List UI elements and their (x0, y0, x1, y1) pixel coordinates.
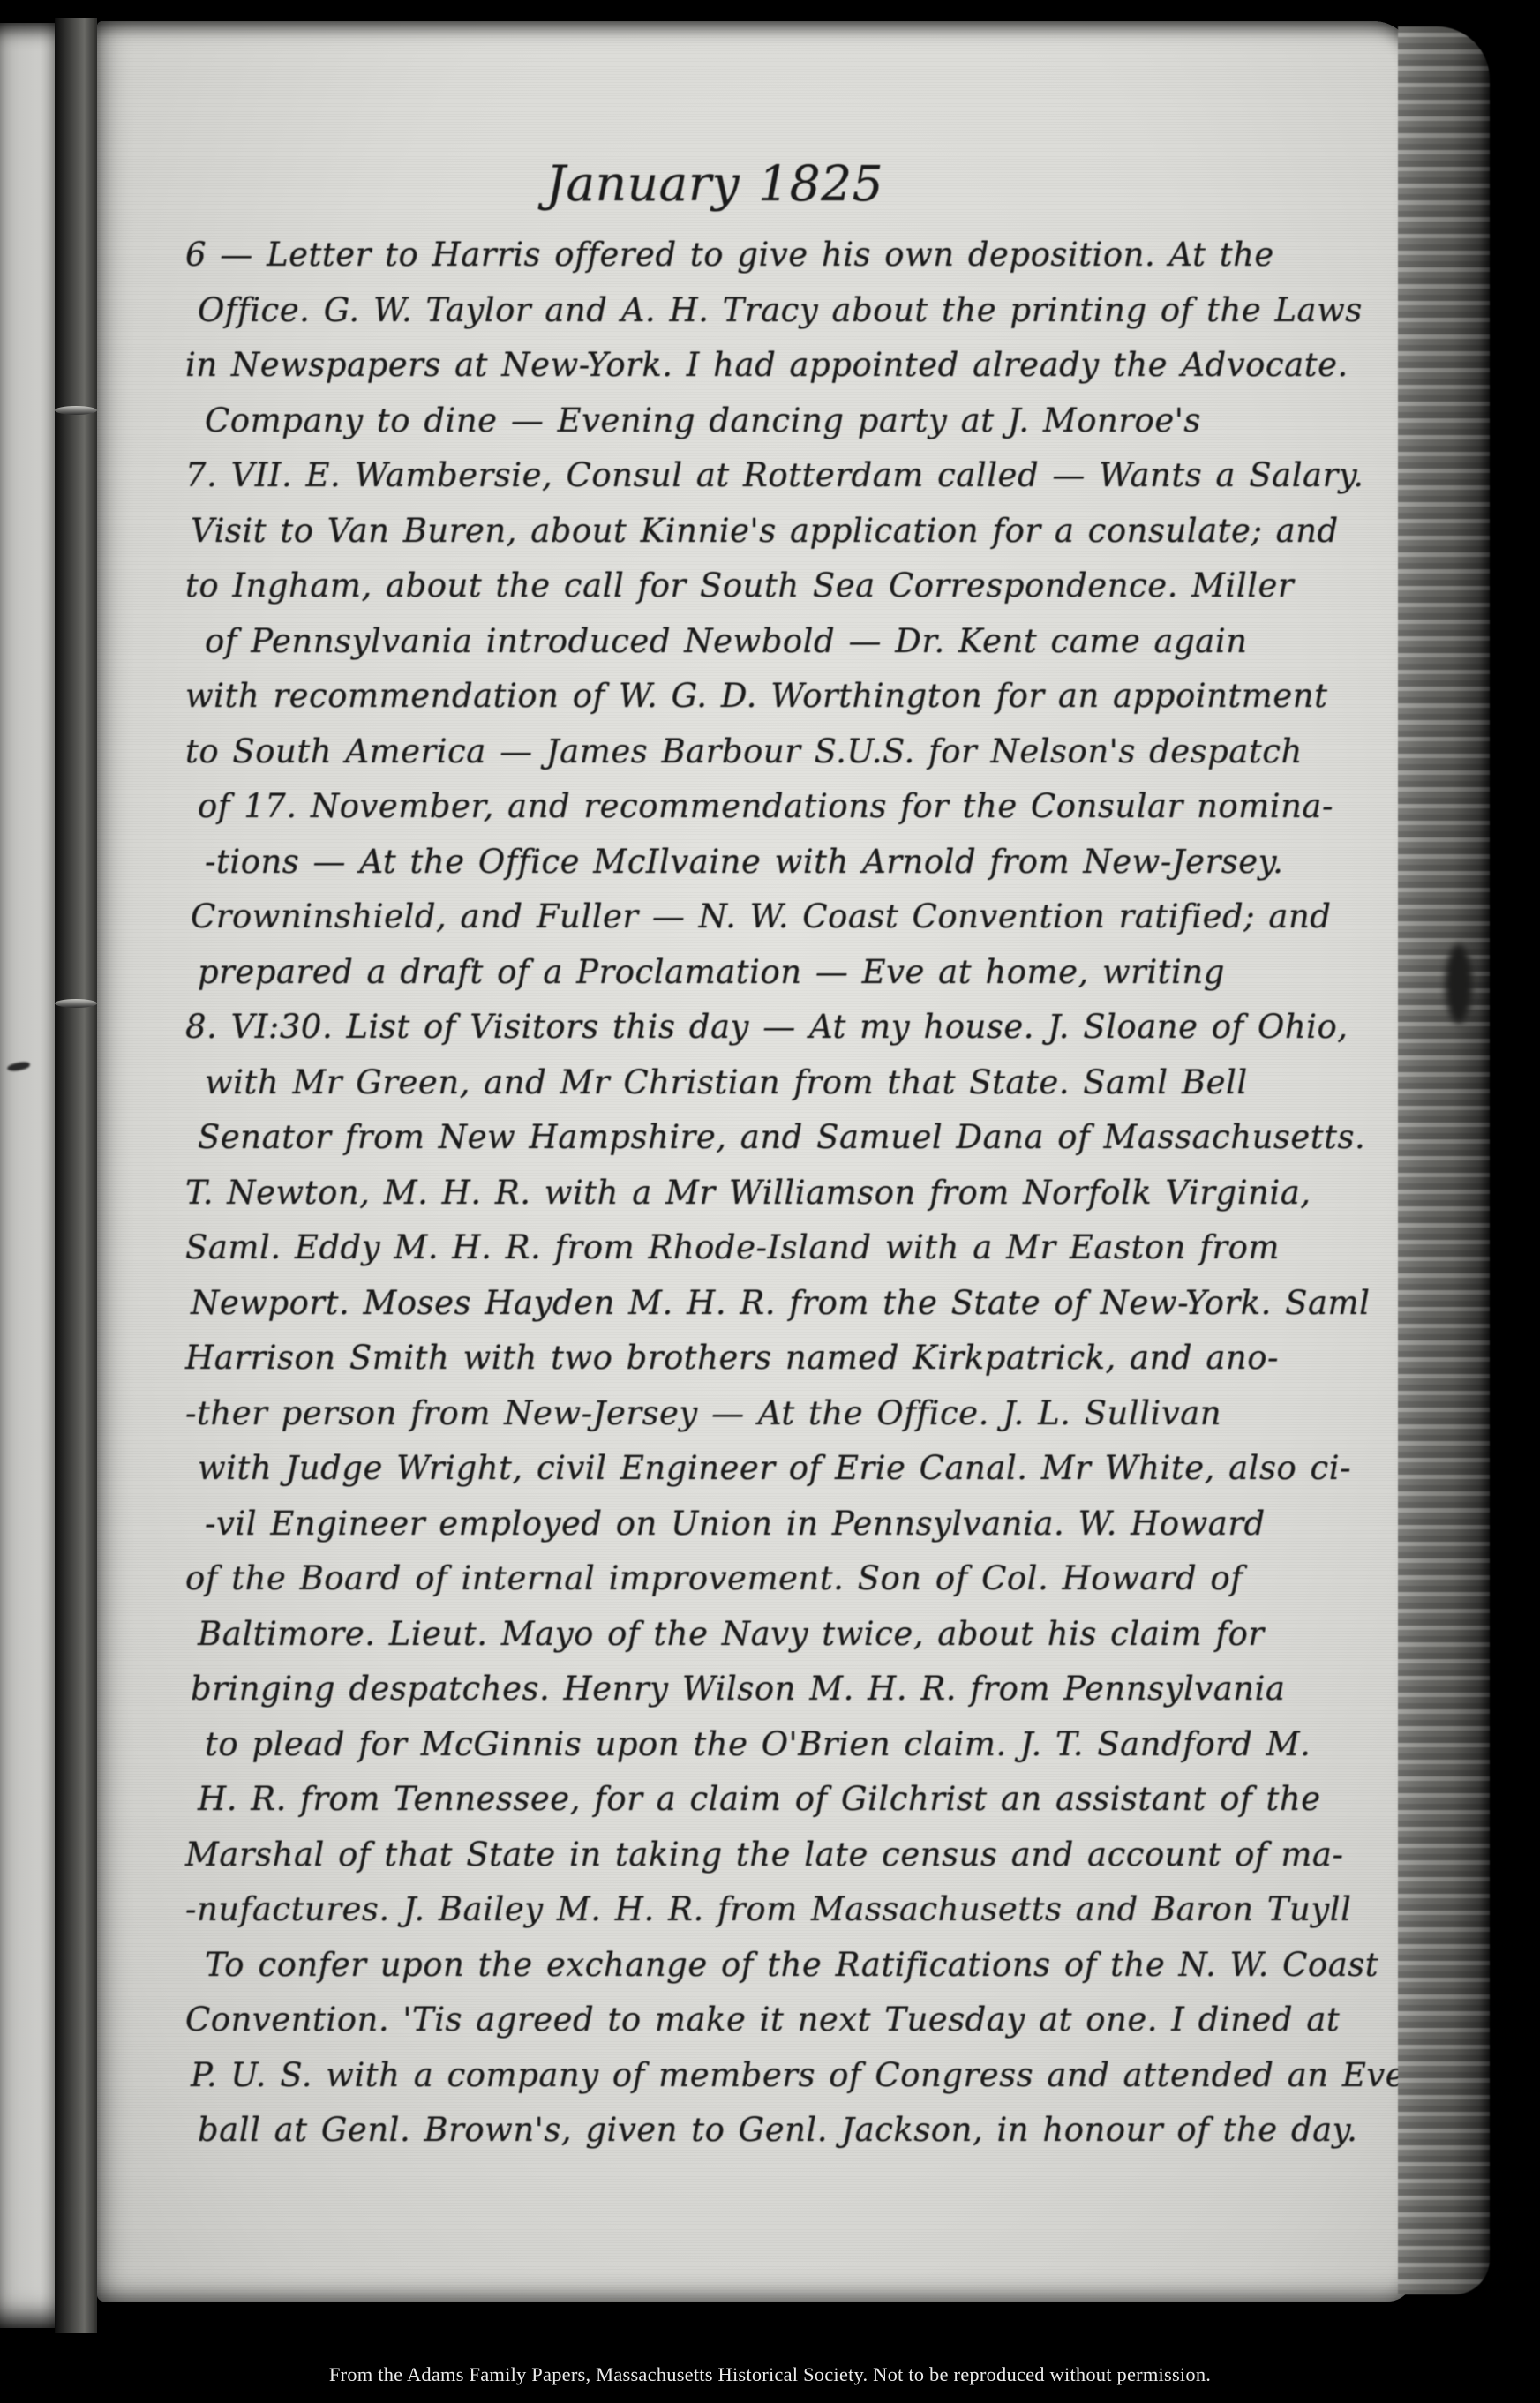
manuscript-line: bringing despatches. Henry Wilson M. H. … (191, 1662, 1368, 1717)
manuscript-line: T. Newton, M. H. R. with a Mr Williamson… (185, 1166, 1368, 1221)
manuscript-line: to Ingham, about the call for South Sea … (185, 559, 1368, 614)
manuscript-line: Saml. Eddy M. H. R. from Rhode-Island wi… (185, 1220, 1368, 1276)
manuscript-line: with Judge Wright, civil Engineer of Eri… (198, 1441, 1368, 1497)
manuscript-line: P. U. S. with a company of members of Co… (191, 2048, 1368, 2104)
manuscript-line: with Mr Green, and Mr Christian from tha… (205, 1055, 1368, 1111)
manuscript-line: Company to dine — Evening dancing party … (205, 394, 1368, 449)
manuscript-line: To confer upon the exchange of the Ratif… (205, 1938, 1368, 1994)
facing-page-ink-mark (7, 1061, 31, 1072)
manuscript-line: 6 — Letter to Harris offered to give his… (185, 228, 1368, 283)
manuscript-line: prepared a draft of a Proclamation — Eve… (198, 945, 1368, 1001)
manuscript-line: 7. VII. E. Wambersie, Consul at Rotterda… (185, 448, 1368, 504)
manuscript-line: 8. VI:30. List of Visitors this day — At… (185, 1000, 1368, 1055)
manuscript-line: -tions — At the Office McIlvaine with Ar… (205, 835, 1368, 890)
book-gutter (55, 18, 97, 2333)
manuscript-line: Newport. Moses Hayden M. H. R. from the … (191, 1276, 1368, 1332)
manuscript-line: Office. G. W. Taylor and A. H. Tracy abo… (198, 283, 1368, 339)
manuscript-line: ball at Genl. Brown's, given to Genl. Ja… (198, 2103, 1368, 2159)
handwritten-text-block: January 1825 6 — Letter to Harris offere… (185, 139, 1368, 2159)
manuscript-line: Harrison Smith with two brothers named K… (185, 1331, 1368, 1386)
manuscript-line: of the Board of internal improvement. So… (185, 1551, 1368, 1607)
manuscript-line: of 17. November, and recommendations for… (198, 779, 1368, 835)
manuscript-line: of Pennsylvania introduced Newbold — Dr.… (205, 614, 1368, 670)
photo-background: January 1825 6 — Letter to Harris offere… (0, 0, 1540, 2403)
manuscript-line: -vil Engineer employed on Union in Penns… (205, 1497, 1368, 1552)
archive-caption: From the Adams Family Papers, Massachuse… (0, 2363, 1540, 2393)
manuscript-line: Convention. 'Tis agreed to make it next … (185, 1993, 1368, 2048)
manuscript-line: Visit to Van Buren, about Kinnie's appli… (191, 504, 1368, 559)
manuscript-line: -nufactures. J. Bailey M. H. R. from Mas… (185, 1882, 1368, 1938)
manuscript-line: H. R. from Tennessee, for a claim of Gil… (198, 1772, 1368, 1828)
facing-page-edge (0, 23, 55, 2328)
page-heading: January 1825 (185, 139, 1368, 228)
manuscript-line: Baltimore. Lieut. Mayo of the Navy twice… (198, 1607, 1368, 1663)
manuscript-line: Crowninshield, and Fuller — N. W. Coast … (191, 890, 1368, 945)
book-fore-edge (1398, 26, 1490, 2294)
manuscript-line: with recommendation of W. G. D. Worthing… (185, 669, 1368, 725)
manuscript-line: -ther person from New-Jersey — At the Of… (185, 1386, 1368, 1442)
manuscript-line: in Newspapers at New-York. I had appoint… (185, 338, 1368, 394)
manuscript-page: January 1825 6 — Letter to Harris offere… (97, 21, 1414, 2302)
manuscript-line: Marshal of that State in taking the late… (185, 1828, 1368, 1883)
manuscript-line: to plead for McGinnis upon the O'Brien c… (205, 1717, 1368, 1773)
manuscript-line: to South America — James Barbour S.U.S. … (185, 725, 1368, 780)
manuscript-line: Senator from New Hampshire, and Samuel D… (198, 1110, 1368, 1166)
fore-edge-shadow-blot (1446, 944, 1472, 1024)
